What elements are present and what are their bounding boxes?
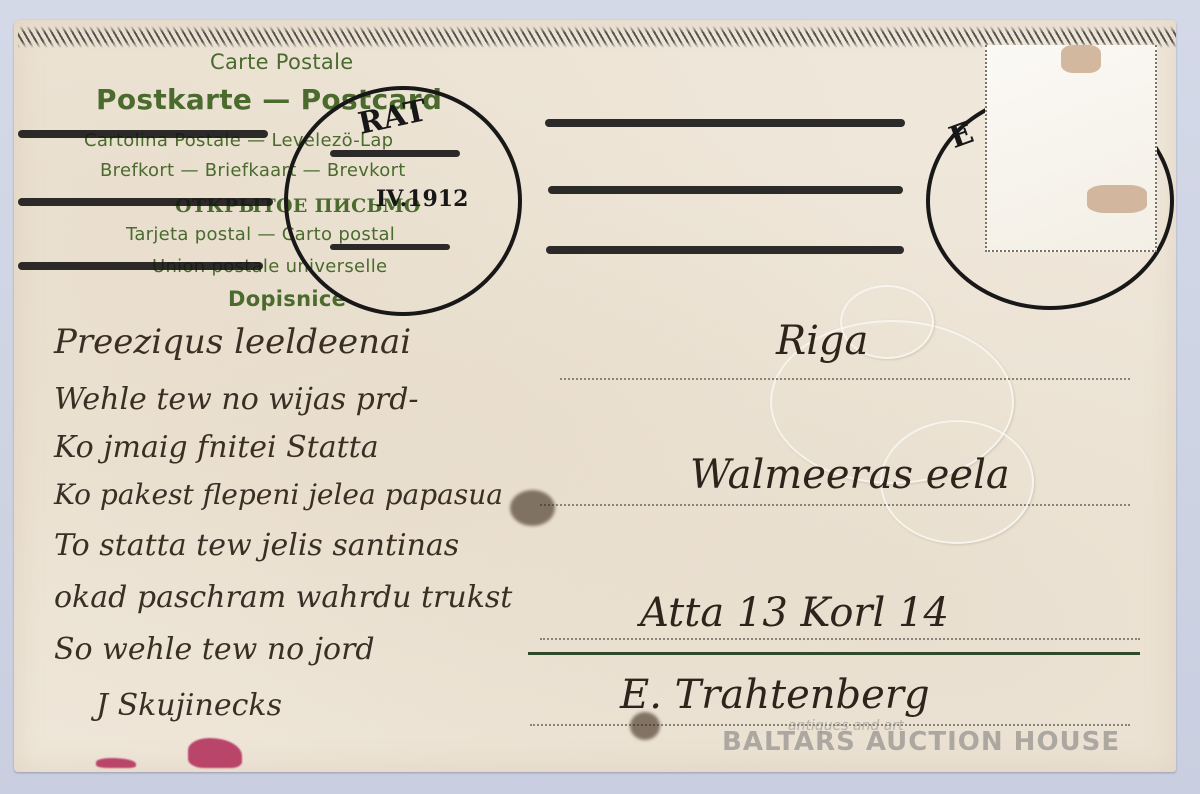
stamp-box — [985, 45, 1157, 252]
cancel-bar — [18, 262, 263, 270]
stamp-residue — [1087, 185, 1147, 213]
address-city: Riga — [776, 318, 868, 364]
address-dotted-line — [560, 378, 1130, 380]
address-recipient: E. Trahtenberg — [620, 672, 930, 718]
ink-blot — [510, 490, 555, 526]
address-dotted-line — [540, 638, 1140, 640]
message-line: Wehle tew no wijas prd- — [54, 382, 419, 417]
address-dotted-line — [540, 504, 1130, 506]
postmark-date: IV.1912 — [376, 186, 468, 212]
red-seal-residue — [96, 758, 136, 768]
auction-watermark: BALTARS AUCTION HOUSE — [722, 727, 1120, 757]
message-signature: J Skujinecks — [96, 688, 282, 723]
address-solid-line — [528, 652, 1140, 655]
message-line: okad paschram wahrdu trukst — [54, 580, 512, 615]
cancel-bar — [18, 198, 273, 206]
message-line: Preeziqus leeldeenai — [54, 322, 411, 362]
printed-carte-postale: Carte Postale — [210, 50, 353, 74]
cancel-bar — [548, 186, 903, 194]
message-line: Ko pakest flepeni jelea papasua — [54, 478, 503, 511]
address-house: Atta 13 Korl 14 — [640, 590, 949, 636]
cancel-bar — [18, 130, 268, 138]
cancel-bar — [546, 246, 904, 254]
stamp-residue — [1061, 45, 1101, 73]
message-line: Ko jmaig fnitei Statta — [54, 430, 379, 465]
message-line: So wehle tew no jord — [54, 632, 375, 667]
message-line: To statta tew jelis santinas — [54, 528, 459, 563]
address-street: Walmeeras eela — [690, 452, 1010, 498]
cancel-bar — [545, 119, 905, 127]
